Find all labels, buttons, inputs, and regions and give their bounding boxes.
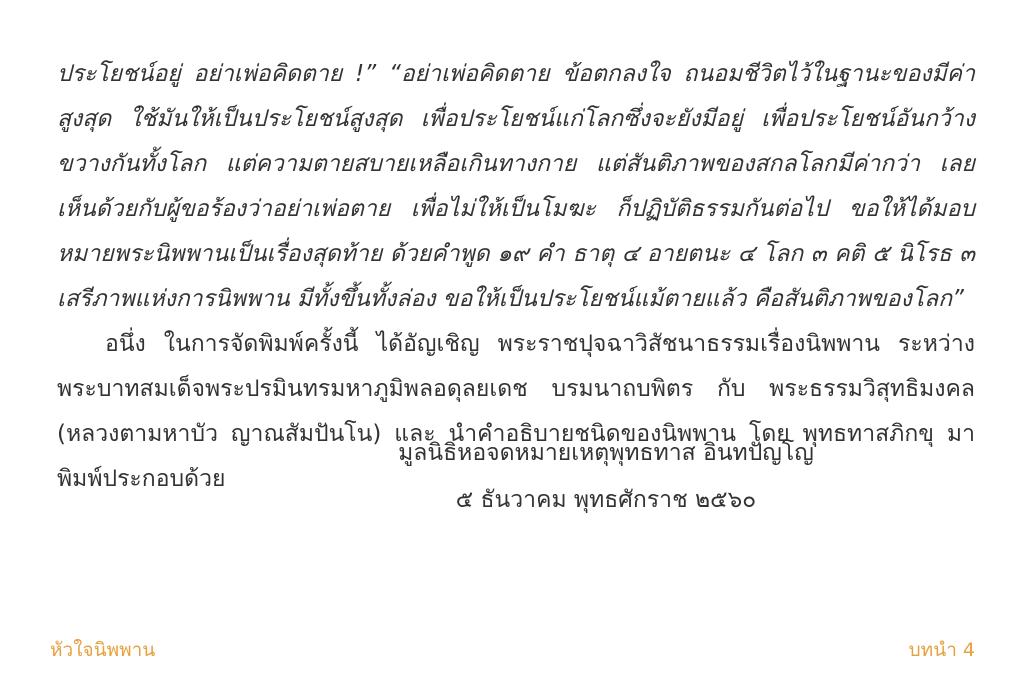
footer-book-title: หัวใจนิพพาน [50,635,155,665]
signature-date: ๕ ธันวาคม พุทธศักราช ๒๕๖๐ [147,477,1033,524]
document-page: ประโยชน์อยู่ อย่าเพ่อคิดตาย !” “อย่าเพ่อ… [0,0,1033,679]
quote-paragraph: ประโยชน์อยู่ อย่าเพ่อคิดตาย !” “อย่าเพ่อ… [57,52,975,322]
footer-page-number: บทนำ 4 [909,635,975,665]
signature-block: มูลนิธิหอจดหมายเหตุพุทธทาส อินทปัญโญ ๕ ธ… [147,430,1033,524]
signature-organization: มูลนิธิหอจดหมายเหตุพุทธทาส อินทปัญโญ [147,430,1033,477]
